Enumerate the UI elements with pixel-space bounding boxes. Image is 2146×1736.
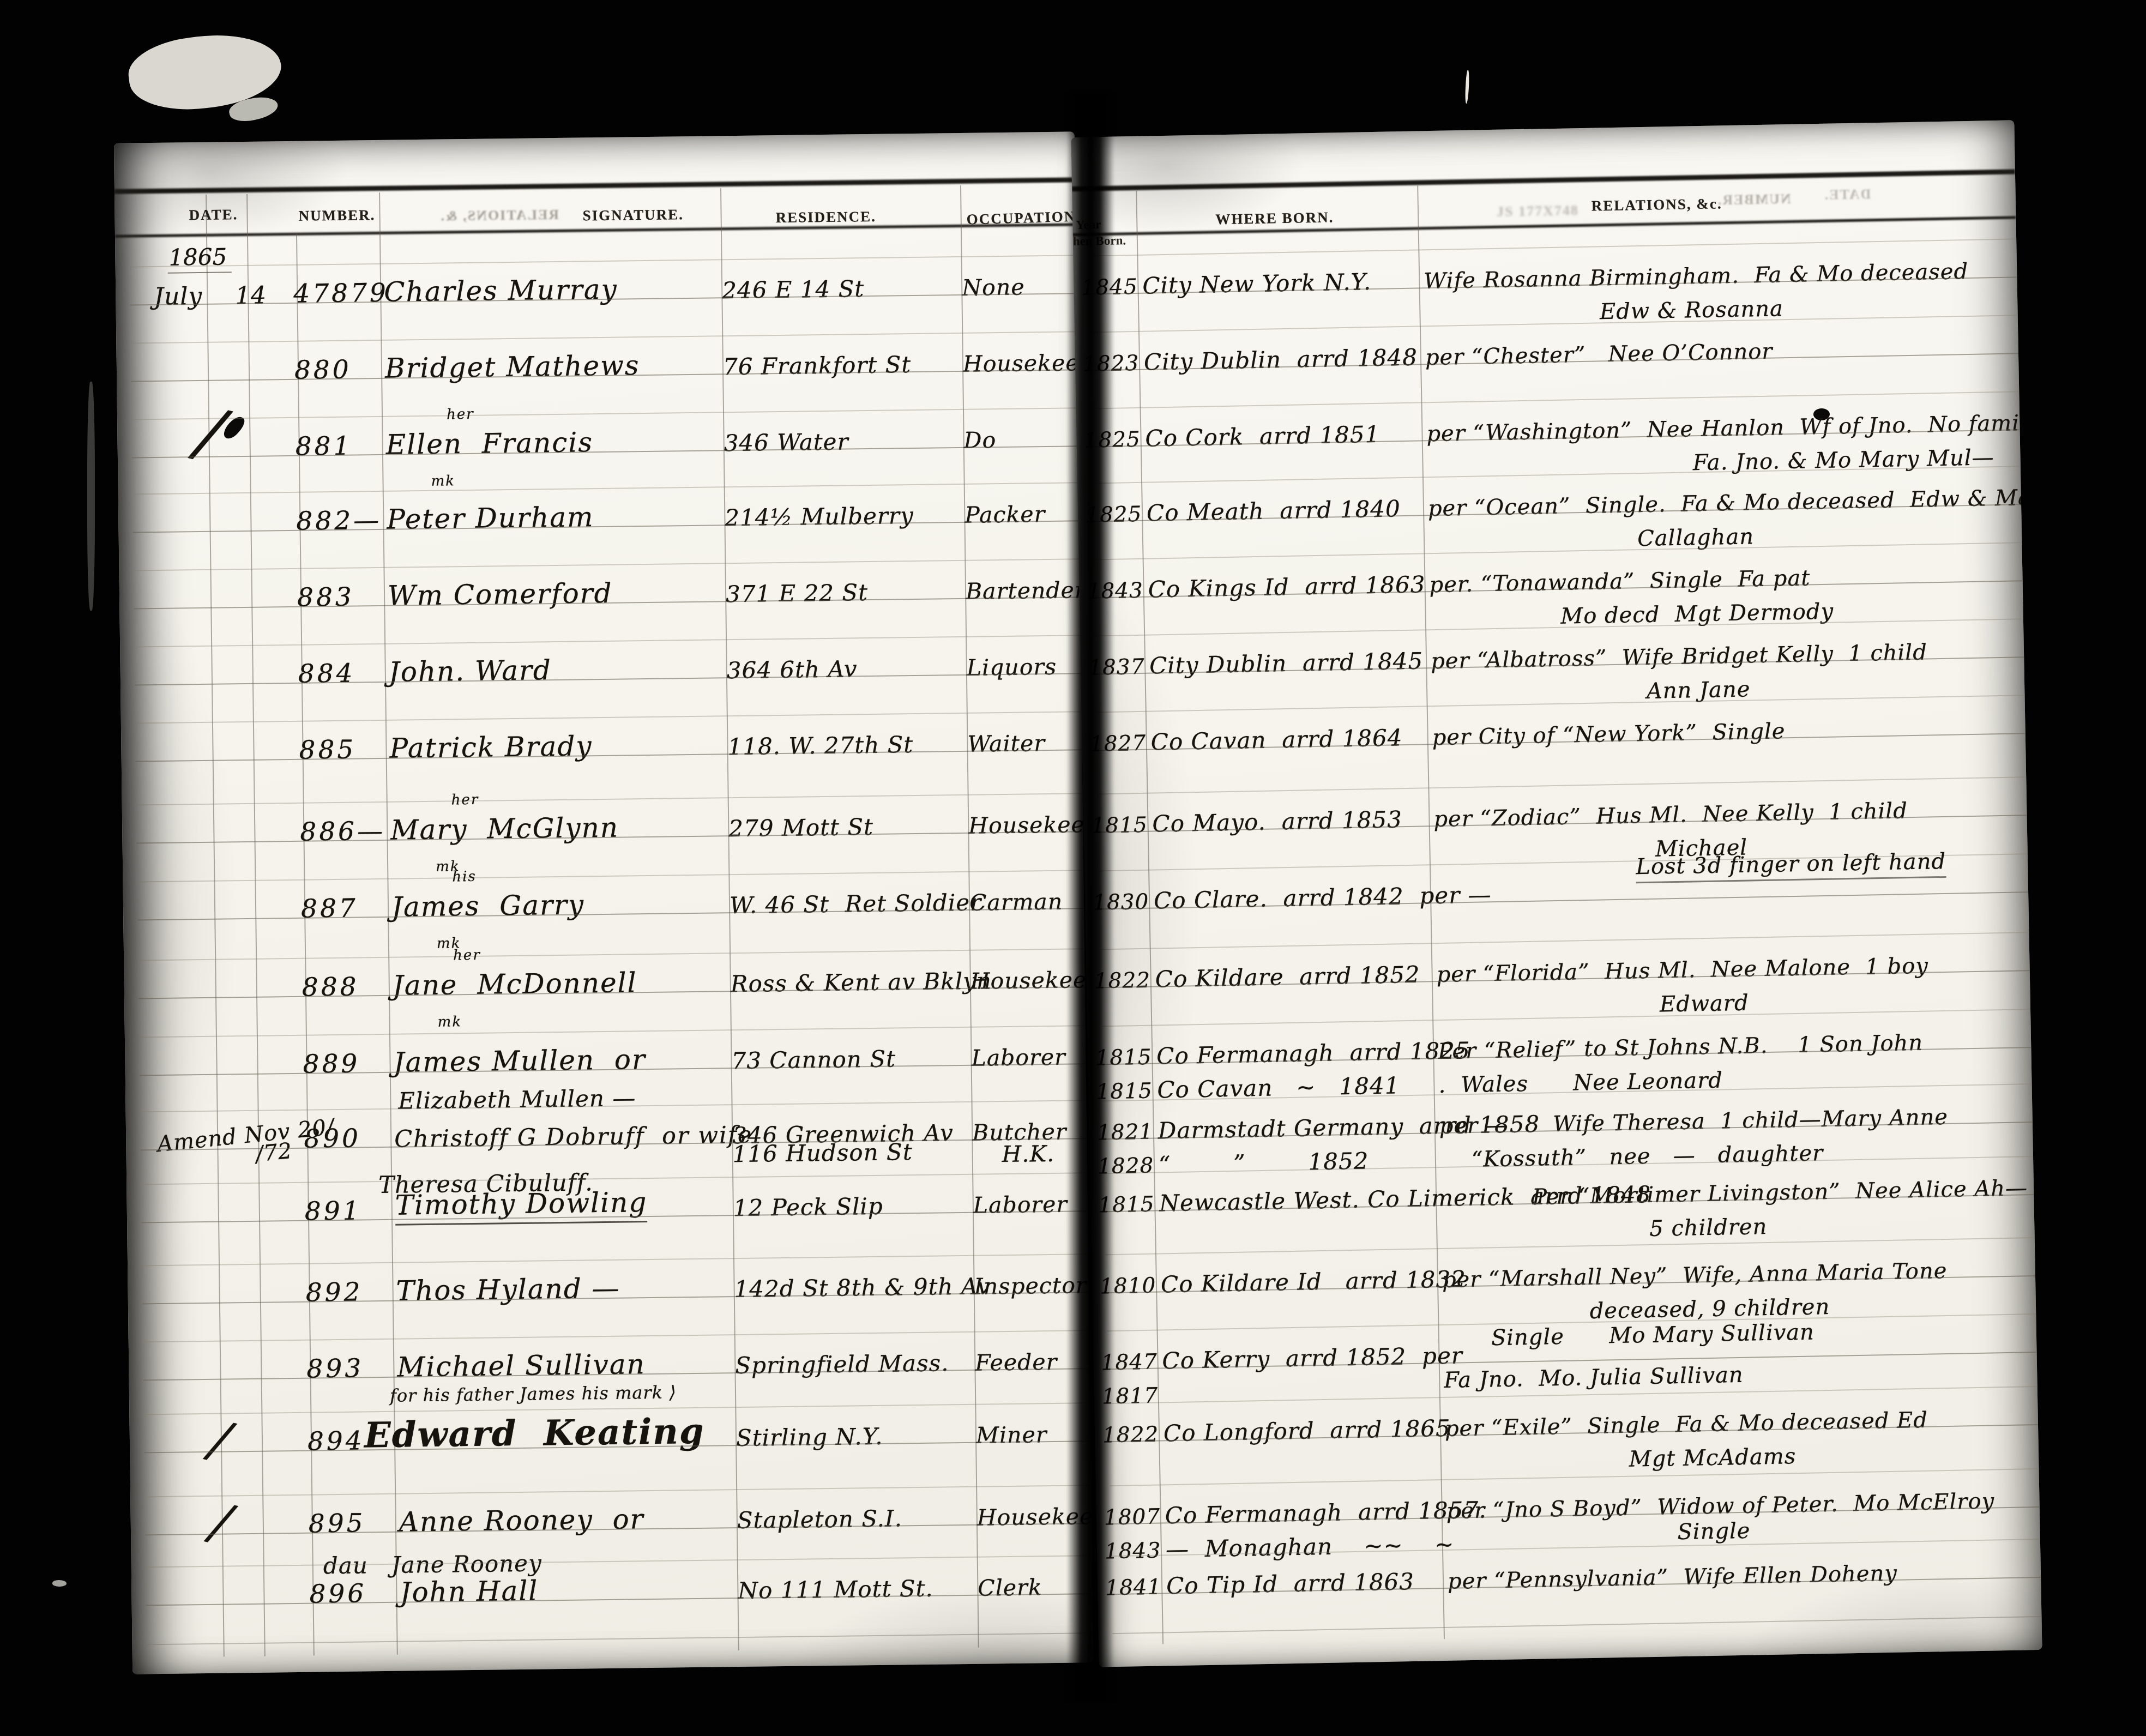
col-header-signature: SIGNATURE. (582, 206, 684, 224)
ledger-row: Amend Nov 20//72 890 Christoff G Dobruff… (125, 1076, 1087, 1151)
cell-signature: John. Ward (388, 654, 552, 688)
cell-relations: per “Ocean” Single. Fa & Mo deceased Edw… (1428, 485, 2042, 521)
cell-where-born: Co Longford arrd 1865 (1164, 1415, 1451, 1447)
signature-text: Jane McDonnell (392, 967, 637, 1001)
ledger-scan: DATE. NUMBER. RELATIONS, &. SIGNATURE. R… (0, 0, 2146, 1736)
cell-number: 893 (306, 1353, 364, 1384)
signature-text: John Hall (400, 1575, 539, 1608)
signature-text: James Mullen or (393, 1044, 646, 1078)
signature-text: Anne Rooney or (399, 1503, 644, 1538)
ledger-row: 880 Bridget Mathews 76 Frankfort St Hous… (116, 307, 1077, 382)
checkmark: ∕ (208, 1501, 235, 1545)
ruled-line (147, 1632, 1093, 1645)
ledger-row: 889 James Mullen or Elizabeth Mullen — 7… (124, 1001, 1086, 1076)
cell-relations: per City of “New York” Single (1432, 719, 1786, 750)
cell-where-born: Co Clare. arrd 1842 per — (1154, 881, 1492, 914)
ledger-row-right: 1837 City Dublin arrd 1845 per “Albatros… (1080, 594, 2024, 675)
cell-residence: 142d St 8th & 9th Av (734, 1273, 991, 1303)
ledger-row-right: 1823 City Dublin arrd 1848 per “Chester”… (1074, 291, 2018, 371)
cell-occupation: Packer (965, 501, 1045, 528)
cell-residence: 73 Cannon St (731, 1045, 896, 1074)
cell-residence: 364 6th Av (727, 655, 858, 684)
cell-residence: Ross & Kent av Bklyn (731, 967, 992, 997)
signature-text: Mary McGlynn (390, 812, 619, 846)
cell-where-born: City Dublin arrd 1845 (1149, 647, 1424, 679)
ledger-row: 885 Patrick Brady 118. W. 27th St Waiter (120, 687, 1082, 762)
cell-number: 895 (309, 1508, 366, 1539)
ledger-row: 887 hisJames Garrymk W. 46 St Ret Soldie… (123, 846, 1084, 921)
signature-text: John. Ward (388, 654, 552, 688)
cell-signature: John Hall (400, 1575, 539, 1608)
ledger-page-left: DATE. NUMBER. RELATIONS, &. SIGNATURE. R… (114, 131, 1093, 1674)
cell-number: 880 (294, 355, 352, 385)
ledger-page-right: Year hen Born. WHERE BORN. JS 177X748 RE… (1071, 120, 2042, 1667)
signature-text: Peter Durham (387, 501, 594, 535)
cell-residence: No 111 Mott St. (738, 1575, 933, 1604)
cell-signature: Edward Keating (364, 1411, 705, 1456)
col-header-relations: RELATIONS, &c. (1592, 195, 1722, 214)
cell-where-born: Co Meath arrd 1840 (1147, 495, 1401, 527)
ledger-row-right: 1815 1815 Co Fermanagh arrd 1825 Co Cava… (1087, 985, 2031, 1065)
cell-number: 896 (309, 1578, 366, 1609)
cell-relations: per “Marshall Ney” Wife, Anna Maria Tone (1442, 1258, 1948, 1293)
mark-note-above: his (452, 869, 477, 885)
cell-signature: Thos Hyland — (396, 1273, 620, 1307)
cell-relations: per — Wife Theresa 1 child—Mary Anne (1439, 1105, 1948, 1139)
signature-text: James Garry (391, 889, 585, 923)
cell-relations: per “Chester” Nee O’Connor (1425, 339, 1773, 371)
checkmark: ∕ (207, 1419, 234, 1463)
cell-date: July 14 (154, 281, 267, 311)
cell-where-born: Co Fermanagh arrd 1825 (1156, 1037, 1470, 1070)
scan-artifact (1464, 70, 1469, 104)
scan-artifact (87, 382, 95, 611)
signature-text: Thos Hyland — (396, 1273, 620, 1307)
cell-residence: 246 E 14 St (722, 275, 865, 304)
mark-note-above: her (447, 406, 474, 423)
cell-relations: per “Exile” Single Fa & Mo deceased Ed (1445, 1408, 1928, 1442)
cell-number: 886— (300, 816, 385, 847)
signature-text: Christoff G Dobruff or wife (394, 1122, 753, 1153)
ledger-row: 886— herMary McGlynnmk 279 Mott St House… (122, 769, 1083, 844)
col-header-number: NUMBER. (298, 207, 375, 225)
ledger-row: 884 John. Ward 364 6th Av Liquors (120, 611, 1081, 686)
cell-number: 891 (305, 1196, 362, 1226)
cell-occupation: Carman (969, 889, 1063, 916)
cell-relations: per “Washington” Nee Hanlon Wf of Jno. N… (1426, 411, 2040, 447)
ledger-row: 891 Timothy Dowling 12 Peck Slip Laborer (126, 1148, 1088, 1223)
cell-residence: 346 Water (724, 428, 848, 456)
cell-signature: hisJames Garrymk (391, 889, 585, 923)
ledger-row-right: 1822 Co Kildare arrd 1852 per “Florida” … (1086, 908, 2030, 988)
cell-occupation: Waiter (967, 730, 1045, 757)
bleedthrough-number-text: NUMBER. (1716, 191, 1791, 208)
checkmark: ∕ (194, 405, 228, 462)
cell-where-born: Co Fermanagh arrd 1857. (1165, 1497, 1487, 1529)
cell-occupation: Do (963, 427, 996, 454)
cell-residence: 279 Mott St (728, 813, 873, 842)
ledger-row: ∕ 881 herEllen Francismk 346 Water Do (117, 383, 1078, 459)
ledger-row: 883 Wm Comerford 371 E 22 St Bartender (119, 534, 1080, 610)
cell-signature: herJane McDonnellmk (392, 967, 637, 1001)
cell-where-born: Co Tip Id arrd 1863 (1166, 1568, 1415, 1599)
cell-relations: Single Mo Mary Sullivan (1491, 1319, 1815, 1351)
signature-text: Michael Sullivan (397, 1348, 646, 1383)
header-rule-top (1072, 169, 2015, 191)
cell-number: 889 (303, 1048, 360, 1079)
ledger-row: 896 John Hall No 111 Mott St. Clerk (131, 1531, 1092, 1606)
ledger-row-right: 1845 City New York N.Y. Wife Rosanna Bir… (1073, 214, 2017, 295)
cell-signature: herMary McGlynnmk (390, 812, 619, 846)
cell-residence: 214½ Mulberry (725, 502, 914, 531)
cell-signature: James Mullen or (393, 1044, 646, 1078)
ledger-row-right: 1847 1817 Co Kerry arrd 1852 per Single … (1093, 1289, 2037, 1370)
cell-relations: Per “Relief” to St Johns N.B. 1 Son John (1438, 1030, 1924, 1064)
ledger-row: 892 Thos Hyland — 142d St 8th & 9th Av I… (128, 1229, 1089, 1305)
cell-signature: Wm Comerford (388, 577, 613, 612)
bleedthrough-relations-text: RELATIONS, &. (439, 207, 559, 225)
cell-where-born: Co Kildare Id arrd 1832 (1161, 1265, 1467, 1298)
cell-relations: per “Zodiac” Hus Ml. Nee Kelly 1 child (1433, 798, 1908, 832)
cell-occupation: Laborer (971, 1044, 1066, 1071)
ledger-row: 893 Michael Sullivan for his father Jame… (128, 1306, 1089, 1381)
cell-signature: herEllen Francismk (385, 426, 593, 461)
cell-number: 882— (296, 505, 382, 537)
ledger-row-right: 1822 Co Longford arrd 1865 per “Exile” S… (1094, 1362, 2038, 1443)
cell-relations: per “Florida” Hus Ml. Nee Malone 1 boy (1436, 954, 1928, 988)
cell-signature: Peter Durham (387, 501, 594, 535)
cell-where-born: Co Mayo. arrd 1853 (1152, 806, 1402, 837)
cell-relations: per “Pennsylvania” Wife Ellen Doheny (1448, 1561, 1898, 1594)
bleedthrough-smudge: JS 177X748 (1497, 202, 1579, 220)
signature-text: Patrick Brady (389, 730, 593, 764)
col-header-where-born: WHERE BORN. (1215, 209, 1334, 228)
ledger-row: ∕ 894 Edward Keating Stirling N.Y. Miner (129, 1378, 1090, 1454)
scan-artifact (52, 1580, 67, 1587)
cell-number: 894 (308, 1426, 365, 1456)
cell-signature: Patrick Brady (389, 730, 593, 764)
cell-signature: Charles Murray (384, 274, 618, 308)
cell-number: 47879 (293, 278, 389, 309)
header-rule-top (114, 177, 1075, 194)
cell-occupation: None (962, 274, 1025, 300)
cell-residence: W. 46 St Ret Soldier (730, 889, 982, 919)
signature-text: Timothy Dowling (395, 1186, 647, 1221)
ledger-row-right: 1815 Co Mayo. arrd 1853 per “Zodiac” Hus… (1083, 752, 2027, 833)
ledger-row-right: 1827 Co Cavan arrd 1864 per City of “New… (1081, 671, 2026, 751)
signature-text: Edward Keating (364, 1411, 705, 1456)
signature-text: Charles Murray (384, 274, 618, 308)
ledger-row: July 14 47879 Charles Murray 246 E 14 St… (115, 231, 1076, 306)
ledger-row-right: 1810 Co Kildare Id arrd 1832 per “Marsha… (1091, 1213, 2035, 1294)
cell-relations: Per “Mortimer Livingston” Nee Alice Ah— (1532, 1176, 2028, 1210)
cell-occupation: Clerk (978, 1574, 1042, 1601)
mark-note-above: her (453, 947, 481, 964)
cell-relations-note: Lost 3d finger on left hand (1636, 849, 1946, 883)
ledger-row: 888 herJane McDonnellmk Ross & Kent av B… (124, 924, 1085, 999)
col-header-occupation: OCCUPATION. (966, 208, 1081, 228)
ledger-row-right: 1815 Newcastle West. Co Limerick arrd 18… (1089, 1132, 2034, 1213)
ledger-row-right: 1825 Co Meath arrd 1840 per “Ocean” Sing… (1077, 442, 2021, 522)
cell-signature: Anne Rooney or (399, 1503, 644, 1538)
cell-number: 888 (302, 972, 359, 1002)
cell-number: 887 (301, 894, 358, 924)
bleedthrough-date-text: DATE. (1823, 186, 1871, 203)
cell-number: 892 (305, 1277, 363, 1307)
cell-occupation: Miner (976, 1421, 1047, 1449)
ledger-row-right: 1821 1828 Darmstadt Germany arrd 1858 “ … (1088, 1059, 2033, 1140)
ruled-line (1113, 1616, 2042, 1634)
cell-relations: per. “Tonawanda” Single Fa pat (1429, 565, 1811, 598)
book-gutter-shadow (1066, 93, 1114, 1701)
cell-residence: 118. W. 27th St (727, 731, 913, 760)
col-header-residence: RESIDENCE. (775, 208, 876, 226)
cell-where-born: Co Kings Id arrd 1863 (1148, 571, 1426, 602)
cell-residence: 76 Frankfort St (723, 351, 912, 380)
mark-note-above: her (451, 792, 479, 809)
cell-number: 881 (295, 431, 352, 462)
ledger-row-right: 1807 1843 Co Fermanagh arrd 1857. — Mona… (1095, 1444, 2040, 1525)
cell-signature: Michael Sullivan (397, 1348, 646, 1383)
cell-residence: 12 Peck Slip (733, 1193, 883, 1221)
cell-where-born: Co Kerry arrd 1852 per (1162, 1342, 1463, 1374)
signature-text: Bridget Mathews (385, 349, 640, 384)
cell-signature: Timothy Dowling (395, 1186, 647, 1226)
signature-text: Ellen Francis (385, 426, 593, 461)
cell-residence: 371 E 22 St (726, 579, 869, 607)
ledger-row-right: 1830 Co Clare. arrd 1842 per — Lost 3d f… (1084, 829, 2028, 910)
cell-occupation: Liquors (966, 654, 1057, 681)
cell-number: 885 (299, 735, 356, 765)
cell-relations: per “Albatross” Wife Bridget Kelly 1 chi… (1431, 640, 1927, 674)
cell-number: 884 (298, 659, 355, 689)
cell-residence: Stapleton S.I. (737, 1505, 903, 1534)
cell-occupation: Feeder (975, 1349, 1057, 1376)
ledger-row-right: 1825 Co Cork arrd 1851 per “Washington” … (1076, 367, 2020, 448)
cell-where-born: City New York N.Y. (1142, 268, 1372, 299)
cell-signature: Christoff G Dobruff or wife (394, 1122, 753, 1153)
cell-where-born: Co Cork arrd 1851 (1145, 421, 1381, 452)
cell-where-born: City Dublin arrd 1848 (1144, 344, 1418, 376)
ledger-row: ∕ 895 Anne Rooney or dau Jane Rooney Sta… (130, 1461, 1092, 1536)
ledger-row-right: 1843 Co Kings Id arrd 1863 per. “Tonawan… (1078, 518, 2023, 599)
cell-number: 883 (297, 582, 354, 613)
signature-text: Wm Comerford (388, 577, 613, 612)
cell-residence: Springfield Mass. (735, 1349, 949, 1379)
cell-residence: Stirling N.Y. (736, 1423, 883, 1451)
ledger-row: 882— Peter Durham 214½ Mulberry Packer (118, 458, 1079, 533)
col-header-date: DATE. (189, 206, 238, 224)
cell-signature: Bridget Mathews (385, 349, 640, 384)
cell-number: 890 (304, 1123, 361, 1154)
cell-where-born: Co Kildare arrd 1852 (1155, 961, 1420, 993)
cell-relations: Wife Rosanna Birmingham. Fa & Mo decease… (1424, 259, 1969, 294)
cell-occupation: Laborer (973, 1191, 1068, 1219)
cell-where-born: Co Cavan arrd 1864 (1150, 724, 1403, 755)
